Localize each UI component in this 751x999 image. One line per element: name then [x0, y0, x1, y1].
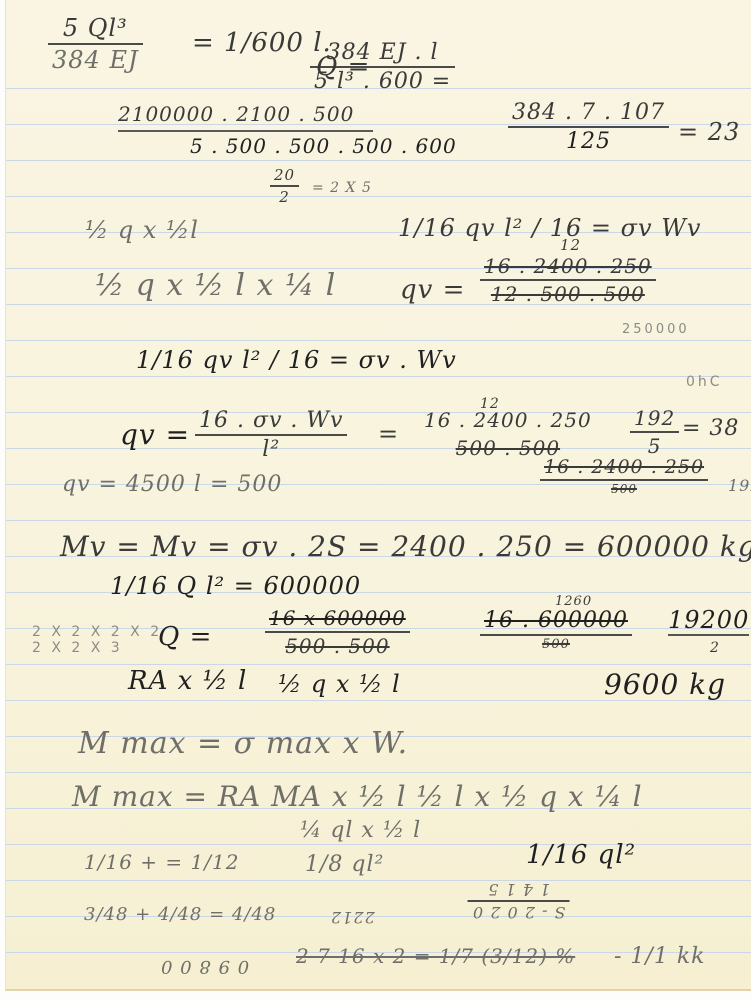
calc-numerator: 2100000 . 2100 . 500	[118, 102, 354, 126]
fraction-sum-48: 3/48 + 4/48 = 4/48	[84, 904, 276, 925]
mirrored-note: 0hC	[686, 374, 723, 390]
Q-result: 19200	[668, 606, 749, 636]
superscript-note: 12	[560, 236, 581, 254]
Q-label-2: Q =	[158, 622, 212, 652]
ratio-result: = 38	[682, 416, 739, 441]
moment-sixteenth: 1/16 ql²	[526, 840, 636, 870]
ruled-line	[6, 376, 751, 377]
reaction-expr: RA x ½ l	[128, 666, 247, 696]
ruled-line	[6, 880, 751, 881]
Q-label: Q =	[316, 52, 370, 82]
calc-denominator: 5 . 500 . 500 . 500 . 600	[190, 134, 457, 158]
small-fraction: 20 2	[270, 166, 299, 206]
ruled-line	[6, 664, 751, 665]
final-note: - 1/1 kk	[614, 944, 706, 969]
stress-equation: 1/16 qv l² / 16 = σv Wv	[398, 214, 701, 242]
margin-note: 250000	[622, 322, 690, 337]
stress-equation-2: 1/16 qv l² / 16 = σv . Wv	[136, 346, 457, 374]
fraction-sum: 1/16 + = 1/12	[84, 850, 239, 874]
ruled-line	[6, 196, 751, 197]
factor-note-1: 2 X 2 X 2 X 2	[32, 624, 162, 640]
inverted-fraction: S - 2 0 2 0 1 4 1 5	[468, 880, 570, 922]
moment-load-equation: 1/16 Q l² = 600000	[110, 572, 361, 600]
moment-expr-expanded: ½ q x ½ l x ¼ l	[95, 268, 336, 303]
inverted-note: 2212	[330, 908, 375, 927]
moment-term: ¼ ql x ½ l	[300, 818, 421, 843]
moment-eighth: 1/8 ql²	[305, 852, 384, 877]
Q-numeric-fraction: 16 . 600000 500	[480, 608, 632, 652]
ruled-line	[6, 844, 751, 845]
result-fraction: 384 . 7 . 107 125	[508, 100, 669, 154]
Q-fraction: 16 x 600000 500 . 500	[265, 606, 410, 658]
ruled-line	[6, 772, 751, 773]
moment-expr: ½ q x ½l	[85, 216, 199, 244]
qv-numeric-fraction: 16 . 2400 . 250 500 . 500	[420, 408, 596, 460]
load-expr: ½ q x ½ l	[278, 670, 401, 698]
ruled-line	[6, 520, 751, 521]
equals-sign: =	[378, 420, 399, 448]
superscript-note: 12	[480, 396, 500, 412]
ratio-fraction: 192 5	[630, 406, 679, 458]
superscript-note: 2	[710, 640, 720, 656]
superscript-note: 1260	[555, 594, 592, 609]
qv-formula: 16 . σv . Wv l²	[195, 408, 347, 462]
qv-alt-fraction: 16 . 2400 . 250 500	[540, 456, 708, 496]
deflection-fraction: 5 Ql³ 384 EJ	[48, 14, 143, 74]
load-result: 9600 kg	[604, 668, 726, 701]
struck-calculation: 2 7 16 x 2 = 1/7 (3/12) %	[296, 944, 575, 968]
result-value: = 23	[678, 118, 740, 146]
qv-label: qv =	[400, 275, 465, 305]
given-values: qv = 4500 l = 500	[62, 472, 282, 497]
moment-calculation: Mv = Mv = σv . 2S = 2400 . 250 = 600000 …	[60, 530, 751, 563]
side-note: 192	[728, 476, 751, 495]
qv-label-2: qv =	[120, 418, 190, 451]
qv-fraction: 16 . 2400 . 250 12 . 500 . 500	[480, 254, 656, 306]
ruled-line	[6, 160, 751, 161]
ruled-line	[6, 340, 751, 341]
factor-note-2: 2 X 2 X 3	[32, 640, 123, 656]
max-moment-formula: M max = σ max x W.	[78, 726, 408, 761]
small-result: = 2 X 5	[312, 180, 372, 196]
inverted-number: 0 9 8 0 0	[160, 956, 249, 977]
fraction-bar	[118, 130, 373, 132]
max-moment-expansion: M max = RA MA x ½ l ½ l x ½ q x ¼ l	[72, 780, 643, 813]
